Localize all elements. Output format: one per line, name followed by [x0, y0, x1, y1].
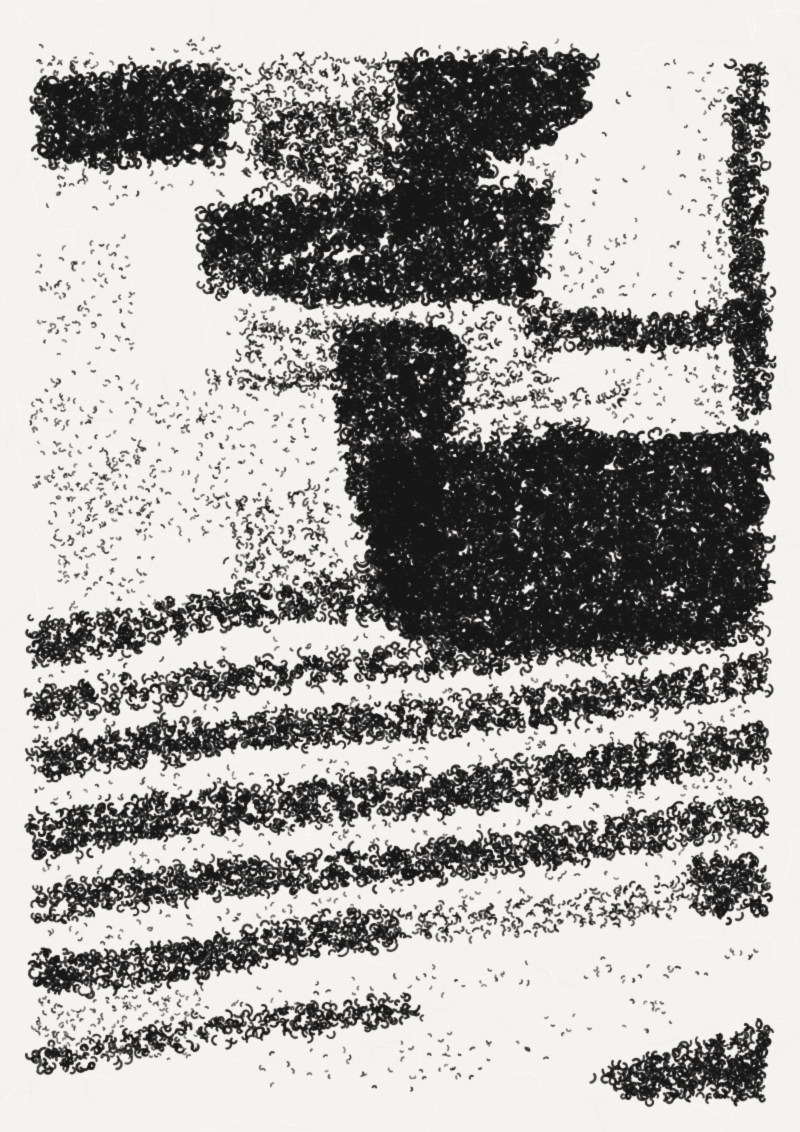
stylized-ink-artwork	[0, 0, 800, 1132]
artwork-canvas	[0, 0, 800, 1132]
